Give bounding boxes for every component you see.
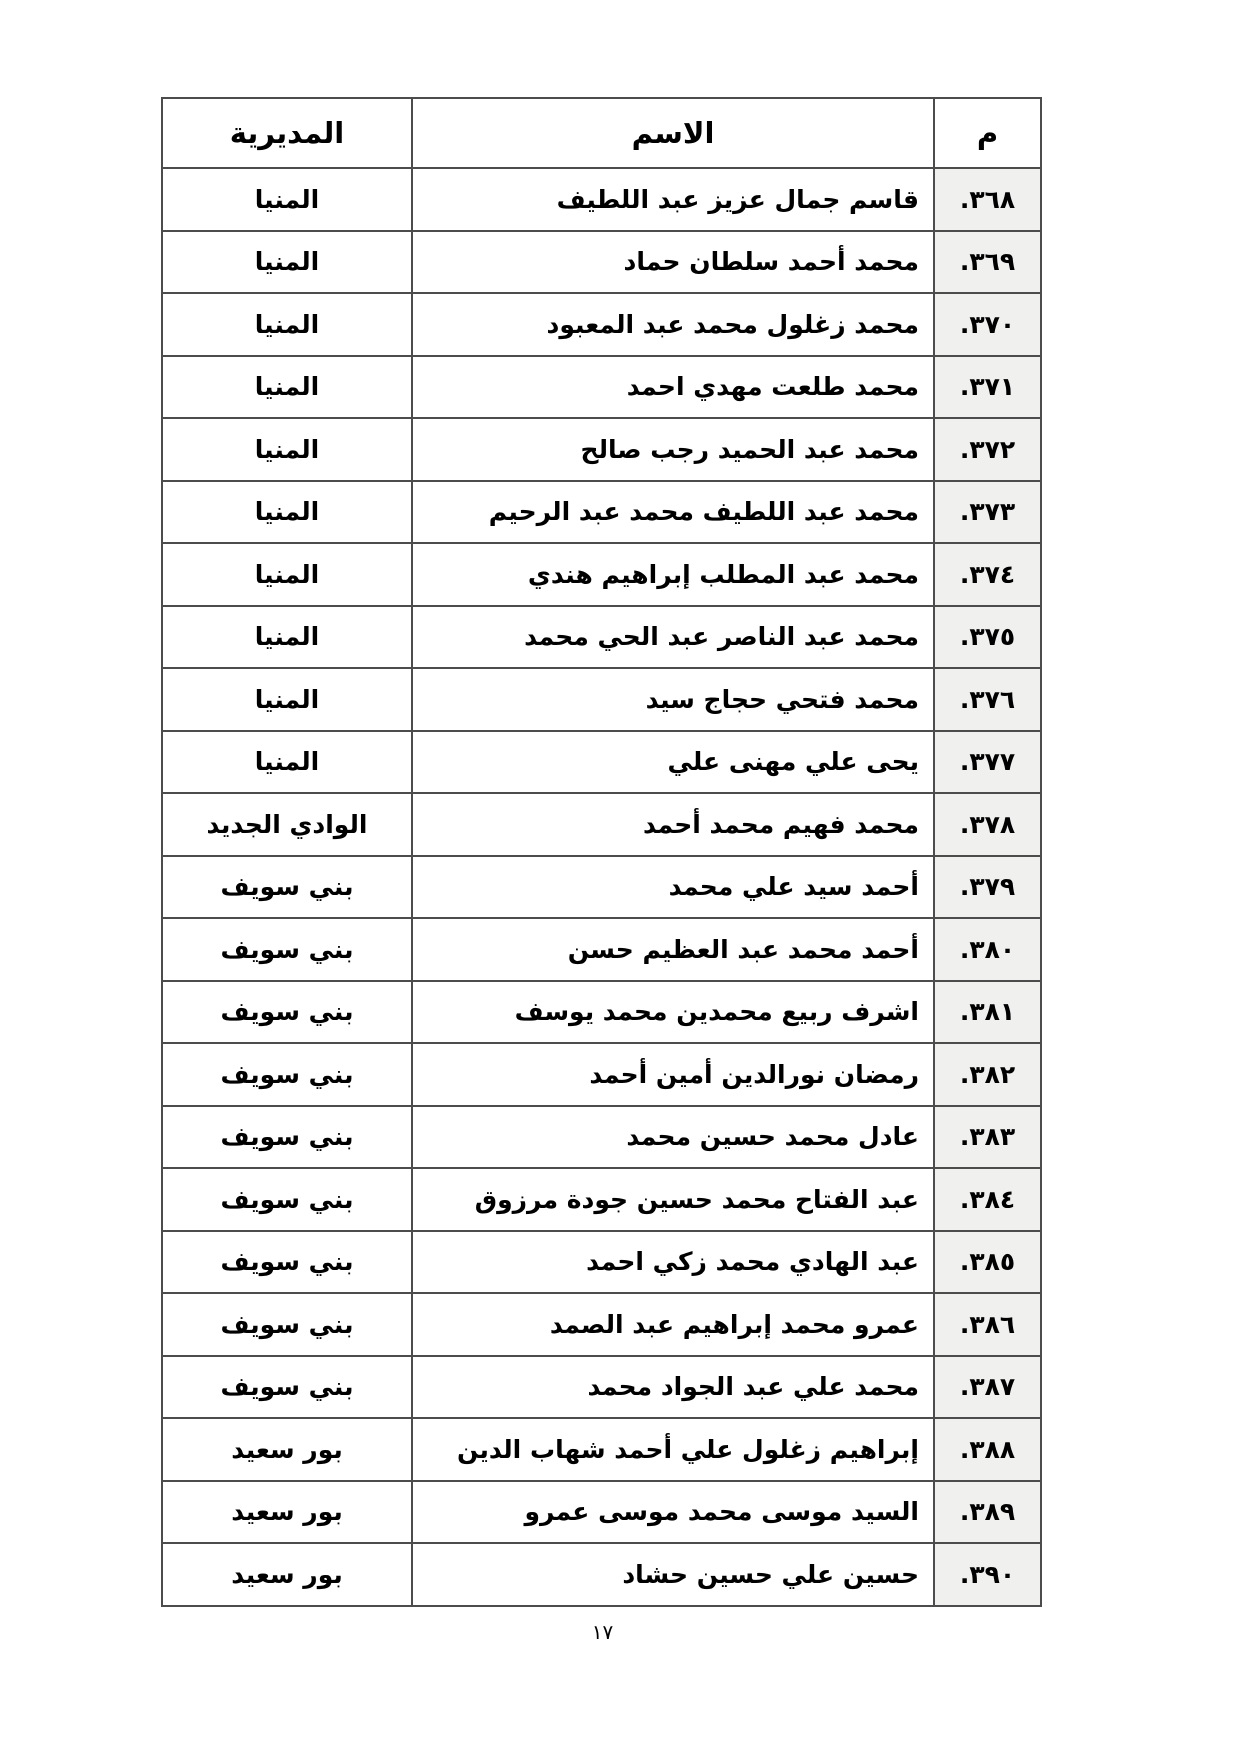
cell-directorate: المنيا — [162, 168, 412, 231]
cell-name: إبراهيم زغلول علي أحمد شهاب الدين — [412, 1418, 934, 1481]
cell-name: اشرف ربيع محمدين محمد يوسف — [412, 981, 934, 1044]
cell-directorate: المنيا — [162, 481, 412, 544]
cell-directorate: بني سويف — [162, 1168, 412, 1231]
cell-index: ٣٧٩. — [934, 856, 1041, 919]
cell-index: ٣٨٤. — [934, 1168, 1041, 1231]
cell-name: رمضان نورالدين أمين أحمد — [412, 1043, 934, 1106]
cell-index: ٣٧٨. — [934, 793, 1041, 856]
cell-name: محمد عبد المطلب إبراهيم هندي — [412, 543, 934, 606]
cell-name: محمد عبد اللطيف محمد عبد الرحيم — [412, 481, 934, 544]
cell-directorate: بور سعيد — [162, 1481, 412, 1544]
cell-index: ٣٨٩. — [934, 1481, 1041, 1544]
table-row: ٣٨٢. رمضان نورالدين أمين أحمد بني سويف — [162, 1043, 1041, 1106]
table-row: ٣٨٣. عادل محمد حسين محمد بني سويف — [162, 1106, 1041, 1169]
cell-directorate: بني سويف — [162, 918, 412, 981]
header-name: الاسم — [412, 98, 934, 168]
cell-directorate: المنيا — [162, 731, 412, 794]
cell-name: محمد أحمد سلطان حماد — [412, 231, 934, 294]
cell-name: السيد موسى محمد موسى عمرو — [412, 1481, 934, 1544]
cell-directorate: بني سويف — [162, 1043, 412, 1106]
table-row: ٣٧٠. محمد زغلول محمد عبد المعبود المنيا — [162, 293, 1041, 356]
cell-directorate: المنيا — [162, 231, 412, 294]
cell-directorate: بني سويف — [162, 1106, 412, 1169]
table-row: ٣٨١. اشرف ربيع محمدين محمد يوسف بني سويف — [162, 981, 1041, 1044]
table-row: ٣٧٤. محمد عبد المطلب إبراهيم هندي المنيا — [162, 543, 1041, 606]
cell-directorate: المنيا — [162, 668, 412, 731]
cell-directorate: بني سويف — [162, 856, 412, 919]
table-row: ٣٧١. محمد طلعت مهدي احمد المنيا — [162, 356, 1041, 419]
cell-name: محمد زغلول محمد عبد المعبود — [412, 293, 934, 356]
cell-name: أحمد سيد علي محمد — [412, 856, 934, 919]
cell-name: محمد فتحي حجاج سيد — [412, 668, 934, 731]
cell-directorate: الوادي الجديد — [162, 793, 412, 856]
cell-directorate: بني سويف — [162, 1356, 412, 1419]
table-row: ٣٨٧. محمد علي عبد الجواد محمد بني سويف — [162, 1356, 1041, 1419]
cell-index: ٣٧٢. — [934, 418, 1041, 481]
cell-directorate: بني سويف — [162, 1231, 412, 1294]
cell-directorate: المنيا — [162, 356, 412, 419]
table-row: ٣٧٧. يحى علي مهنى علي المنيا — [162, 731, 1041, 794]
cell-index: ٣٦٨. — [934, 168, 1041, 231]
cell-index: ٣٧٠. — [934, 293, 1041, 356]
document-page: م الاسم المديرية ٣٦٨. قاسم جمال عزيز عبد… — [0, 0, 1241, 1755]
table-row: ٣٧٨. محمد فهيم محمد أحمد الوادي الجديد — [162, 793, 1041, 856]
cell-directorate: المنيا — [162, 606, 412, 669]
cell-name: عمرو محمد إبراهيم عبد الصمد — [412, 1293, 934, 1356]
cell-directorate: بني سويف — [162, 1293, 412, 1356]
cell-directorate: بور سعيد — [162, 1418, 412, 1481]
table-row: ٣٧٩. أحمد سيد علي محمد بني سويف — [162, 856, 1041, 919]
table-row: ٣٨٤. عبد الفتاح محمد حسين جودة مرزوق بني… — [162, 1168, 1041, 1231]
cell-index: ٣٧٥. — [934, 606, 1041, 669]
cell-index: ٣٨١. — [934, 981, 1041, 1044]
cell-name: يحى علي مهنى علي — [412, 731, 934, 794]
cell-index: ٣٧٣. — [934, 481, 1041, 544]
table-row: ٣٨٥. عبد الهادي محمد زكي احمد بني سويف — [162, 1231, 1041, 1294]
cell-index: ٣٨٨. — [934, 1418, 1041, 1481]
table-row: ٣٨٨. إبراهيم زغلول علي أحمد شهاب الدين ب… — [162, 1418, 1041, 1481]
cell-index: ٣٧٦. — [934, 668, 1041, 731]
cell-index: ٣٨٧. — [934, 1356, 1041, 1419]
page-number: ١٧ — [163, 1620, 1042, 1644]
cell-index: ٣٧٤. — [934, 543, 1041, 606]
cell-name: محمد عبد الناصر عبد الحي محمد — [412, 606, 934, 669]
header-row: م الاسم المديرية — [162, 98, 1041, 168]
cell-directorate: بني سويف — [162, 981, 412, 1044]
header-index: م — [934, 98, 1041, 168]
cell-name: محمد عبد الحميد رجب صالح — [412, 418, 934, 481]
table-row: ٣٧٢. محمد عبد الحميد رجب صالح المنيا — [162, 418, 1041, 481]
cell-index: ٣٧١. — [934, 356, 1041, 419]
cell-name: محمد علي عبد الجواد محمد — [412, 1356, 934, 1419]
table-row: ٣٧٦. محمد فتحي حجاج سيد المنيا — [162, 668, 1041, 731]
table-row: ٣٨٩. السيد موسى محمد موسى عمرو بور سعيد — [162, 1481, 1041, 1544]
table-row: ٣٧٥. محمد عبد الناصر عبد الحي محمد المني… — [162, 606, 1041, 669]
cell-directorate: المنيا — [162, 543, 412, 606]
cell-directorate: بور سعيد — [162, 1543, 412, 1606]
cell-directorate: المنيا — [162, 293, 412, 356]
cell-index: ٣٧٧. — [934, 731, 1041, 794]
cell-name: محمد فهيم محمد أحمد — [412, 793, 934, 856]
cell-name: عادل محمد حسين محمد — [412, 1106, 934, 1169]
table-row: ٣٦٨. قاسم جمال عزيز عبد اللطيف المنيا — [162, 168, 1041, 231]
cell-index: ٣٩٠. — [934, 1543, 1041, 1606]
table-row: ٣٦٩. محمد أحمد سلطان حماد المنيا — [162, 231, 1041, 294]
cell-name: عبد الهادي محمد زكي احمد — [412, 1231, 934, 1294]
cell-index: ٣٨٣. — [934, 1106, 1041, 1169]
cell-name: محمد طلعت مهدي احمد — [412, 356, 934, 419]
cell-directorate: المنيا — [162, 418, 412, 481]
cell-name: أحمد محمد عبد العظيم حسن — [412, 918, 934, 981]
table-row: ٣٨٦. عمرو محمد إبراهيم عبد الصمد بني سوي… — [162, 1293, 1041, 1356]
cell-index: ٣٨٢. — [934, 1043, 1041, 1106]
table-row: ٣٨٠. أحمد محمد عبد العظيم حسن بني سويف — [162, 918, 1041, 981]
header-directorate: المديرية — [162, 98, 412, 168]
roster-table: م الاسم المديرية ٣٦٨. قاسم جمال عزيز عبد… — [161, 97, 1042, 1607]
cell-index: ٣٨٠. — [934, 918, 1041, 981]
table-row: ٣٧٣. محمد عبد اللطيف محمد عبد الرحيم الم… — [162, 481, 1041, 544]
cell-name: حسين علي حسين حشاد — [412, 1543, 934, 1606]
table-row: ٣٩٠. حسين علي حسين حشاد بور سعيد — [162, 1543, 1041, 1606]
cell-name: قاسم جمال عزيز عبد اللطيف — [412, 168, 934, 231]
cell-index: ٣٨٦. — [934, 1293, 1041, 1356]
cell-index: ٣٨٥. — [934, 1231, 1041, 1294]
cell-index: ٣٦٩. — [934, 231, 1041, 294]
cell-name: عبد الفتاح محمد حسين جودة مرزوق — [412, 1168, 934, 1231]
